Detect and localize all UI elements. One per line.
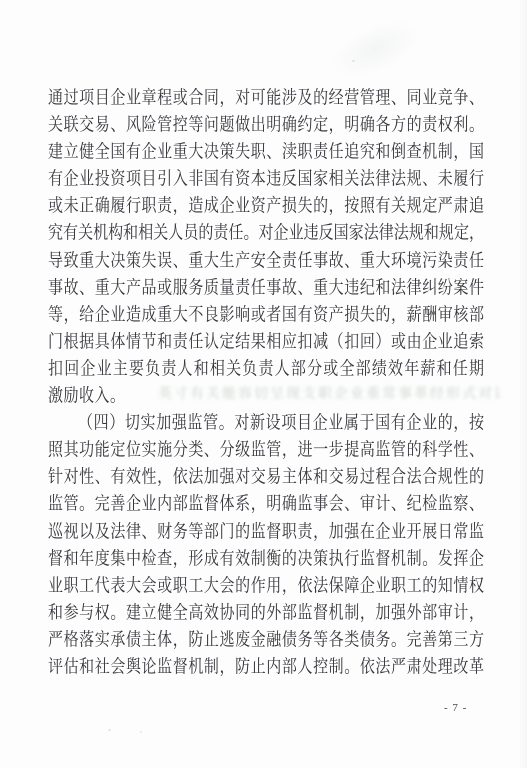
page-number: - 7 - — [444, 701, 467, 715]
scan-speck — [140, 731, 142, 733]
paragraph-2: （四）切实加强监管。对新设项目企业属于国有企业的，按 照其功能定位实施分类、分级… — [48, 411, 484, 682]
body-text: 通过项目企业章程或合同，对可能涉及的经营管理、同业竞争、 关联交易、风险管控等问… — [48, 86, 484, 682]
document-page: 英寸有关能容切呈现支职企业重常事革经形式对证 通过项目企业章程或合同，对可能涉及… — [0, 0, 527, 768]
scan-speck — [352, 60, 355, 62]
scan-speck — [108, 729, 111, 731]
paragraph-1: 通过项目企业章程或合同，对可能涉及的经营管理、同业竞争、 关联交易、风险管控等问… — [48, 86, 484, 411]
scan-edge-shade — [518, 0, 527, 768]
scan-smudge — [323, 9, 428, 90]
text-line: 评估和社会舆论监督机制，防止内部人控制。依法严肃处理改革 — [48, 652, 484, 685]
